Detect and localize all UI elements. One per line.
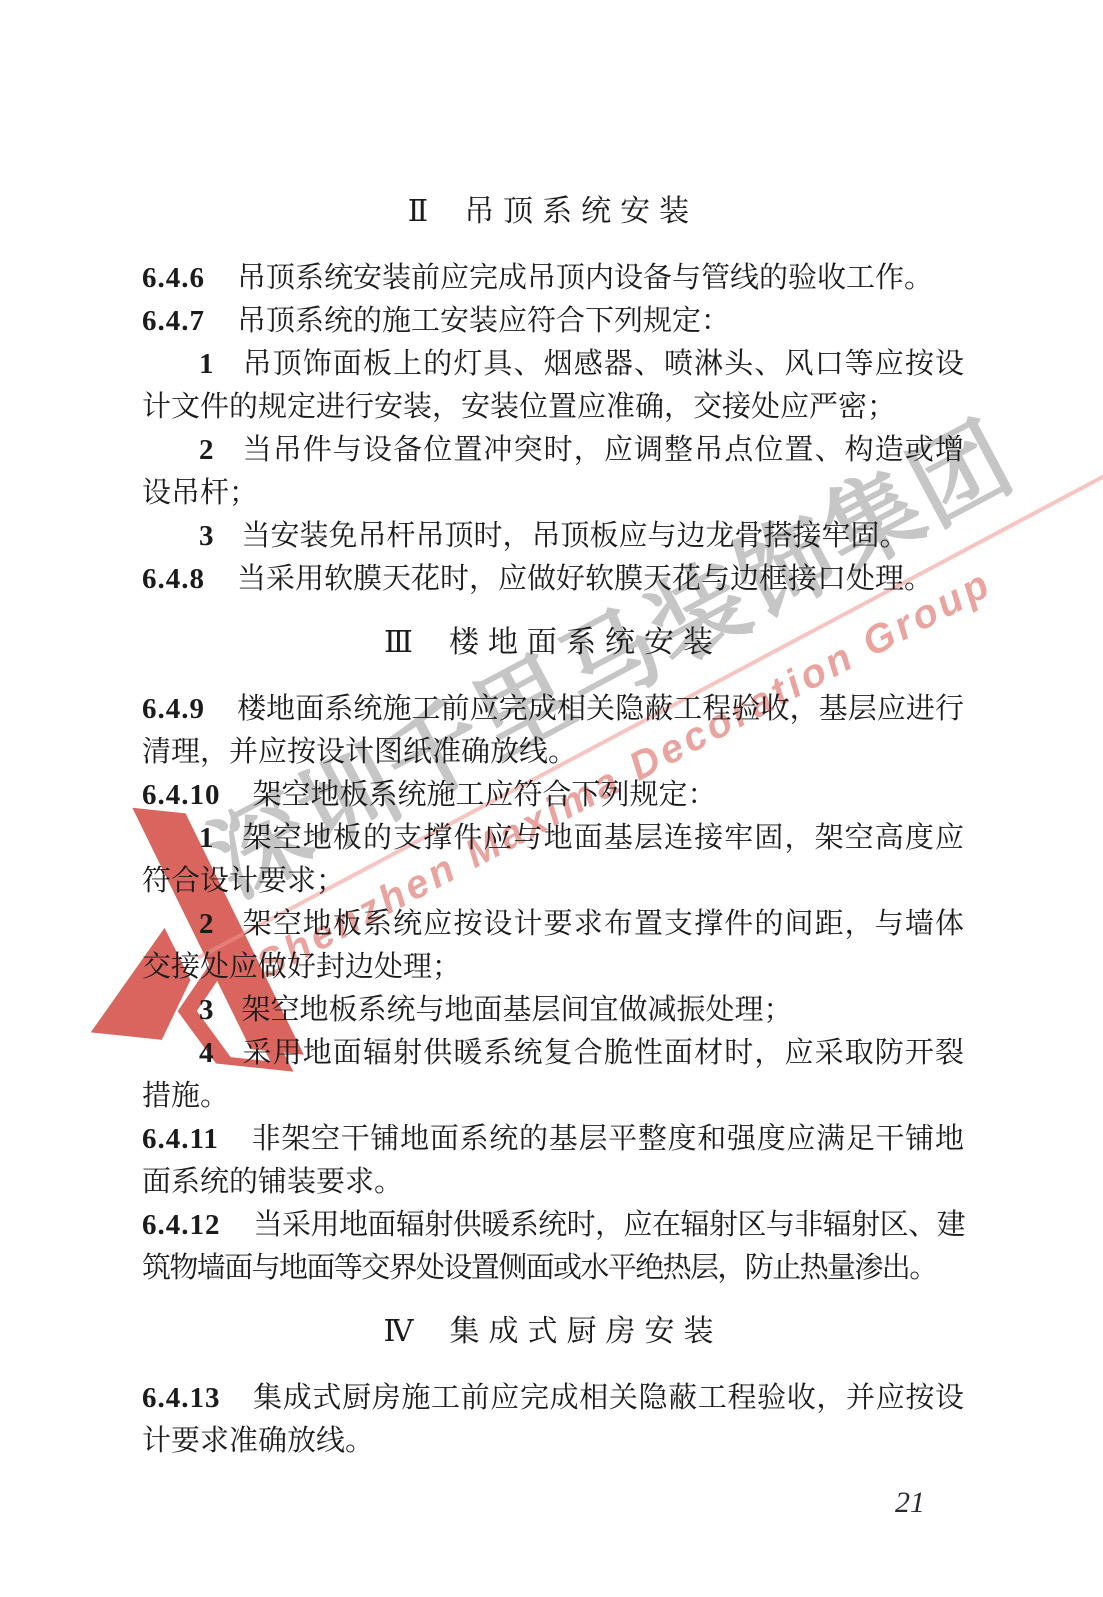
paragraph-text: 架空地板的支撑件应与地面基层连接牢固，架空高度应符合设计要求； xyxy=(142,822,964,897)
section-Ⅲ: Ⅲ楼地面系统安装6.4.9楼地面系统施工前应完成相关隐蔽工程验收，基层应进行清理… xyxy=(142,621,964,1290)
section-numeral: Ⅳ xyxy=(384,1315,414,1348)
paragraph-text: 当采用软膜天花时，应做好软膜天花与边框接口处理。 xyxy=(237,563,933,595)
section-title: 集成式厨房安装 xyxy=(449,1315,722,1348)
section-heading: Ⅱ吊顶系统安装 xyxy=(142,190,964,233)
paragraph-number: 6.4.13 xyxy=(142,1382,221,1414)
paragraph-number: 2 xyxy=(199,434,214,466)
section-heading: Ⅲ楼地面系统安装 xyxy=(142,621,964,664)
list-item-3: 3当安装免吊杆吊顶时，吊顶板应与边龙骨搭接牢固。 xyxy=(142,515,964,558)
paragraph-number: 2 xyxy=(199,908,214,940)
clause-6.4.7: 6.4.7吊顶系统的施工安装应符合下列规定： xyxy=(142,300,964,343)
paragraph-text: 采用地面辐射供暖系统复合脆性面材时，应采取防开裂措施。 xyxy=(142,1037,964,1112)
paragraph-number: 6.4.8 xyxy=(142,563,205,595)
list-item-3: 3架空地板系统与地面基层间宜做减振处理； xyxy=(142,989,964,1032)
paragraph-text: 非架空干铺地面系统的基层平整度和强度应满足干铺地面系统的铺装要求。 xyxy=(142,1123,964,1198)
paragraph-text: 当采用地面辐射供暖系统时，应在辐射区与非辐射区、建筑物墙面与地面等交界处设置侧面… xyxy=(142,1209,964,1284)
paragraph-number: 6.4.6 xyxy=(142,262,205,294)
section-title: 楼地面系统安装 xyxy=(449,626,722,659)
paragraph-text: 吊顶系统安装前应完成吊顶内设备与管线的验收工作。 xyxy=(237,262,933,294)
document-page: 深圳千里马装饰集团 Shenzhen Maxima Decoration Gro… xyxy=(0,0,1103,1597)
paragraph-number: 3 xyxy=(199,994,214,1026)
paragraph-text: 架空地板系统施工应符合下列规定： xyxy=(253,779,717,811)
section-Ⅱ: Ⅱ吊顶系统安装6.4.6吊顶系统安装前应完成吊顶内设备与管线的验收工作。6.4.… xyxy=(142,190,964,601)
paragraph-number: 4 xyxy=(199,1037,214,1069)
clause-6.4.13: 6.4.13集成式厨房施工前应完成相关隐蔽工程验收，并应按设计要求准确放线。 xyxy=(142,1377,964,1463)
paragraph-text: 集成式厨房施工前应完成相关隐蔽工程验收，并应按设计要求准确放线。 xyxy=(142,1382,964,1457)
paragraph-number: 1 xyxy=(199,348,214,380)
list-item-1: 1架空地板的支撑件应与地面基层连接牢固，架空高度应符合设计要求； xyxy=(142,817,964,903)
section-title: 吊顶系统安装 xyxy=(464,195,698,228)
clause-6.4.6: 6.4.6吊顶系统安装前应完成吊顶内设备与管线的验收工作。 xyxy=(142,257,964,300)
paragraph-text: 架空地板系统与地面基层间宜做减振处理； xyxy=(242,994,793,1026)
paragraph-number: 1 xyxy=(199,822,214,854)
paragraph-text: 当吊件与设备位置冲突时，应调整吊点位置、构造或增设吊杆； xyxy=(142,434,964,509)
clause-6.4.12: 6.4.12当采用地面辐射供暖系统时，应在辐射区与非辐射区、建筑物墙面与地面等交… xyxy=(142,1204,964,1290)
clause-6.4.10: 6.4.10架空地板系统施工应符合下列规定： xyxy=(142,774,964,817)
list-item-2: 2架空地板系统应按设计要求布置支撑件的间距，与墙体交接处应做好封边处理； xyxy=(142,903,964,989)
paragraph-text: 吊顶系统的施工安装应符合下列规定： xyxy=(237,305,730,337)
list-item-4: 4采用地面辐射供暖系统复合脆性面材时，应采取防开裂措施。 xyxy=(142,1032,964,1118)
paragraph-text: 当安装免吊杆吊顶时，吊顶板应与边龙骨搭接牢固。 xyxy=(242,520,909,552)
paragraph-text: 吊顶饰面板上的灯具、烟感器、喷淋头、风口等应按设计文件的规定进行安装，安装位置应… xyxy=(142,348,964,423)
paragraph-number: 6.4.7 xyxy=(142,305,205,337)
paragraph-text: 楼地面系统施工前应完成相关隐蔽工程验收，基层应进行清理，并应按设计图纸准确放线。 xyxy=(142,693,964,768)
clause-6.4.8: 6.4.8当采用软膜天花时，应做好软膜天花与边框接口处理。 xyxy=(142,558,964,601)
paragraph-number: 6.4.11 xyxy=(142,1123,219,1155)
paragraph-number: 6.4.12 xyxy=(142,1209,221,1241)
paragraph-number: 3 xyxy=(199,520,214,552)
section-heading: Ⅳ集成式厨房安装 xyxy=(142,1310,964,1353)
clause-6.4.9: 6.4.9楼地面系统施工前应完成相关隐蔽工程验收，基层应进行清理，并应按设计图纸… xyxy=(142,688,964,774)
paragraph-number: 6.4.10 xyxy=(142,779,221,811)
section-numeral: Ⅲ xyxy=(384,626,413,659)
paragraph-number: 6.4.9 xyxy=(142,693,205,725)
section-Ⅳ: Ⅳ集成式厨房安装6.4.13集成式厨房施工前应完成相关隐蔽工程验收，并应按设计要… xyxy=(142,1310,964,1463)
section-numeral: Ⅱ xyxy=(408,195,428,228)
page-number: 21 xyxy=(895,1486,925,1520)
list-item-1: 1吊顶饰面板上的灯具、烟感器、喷淋头、风口等应按设计文件的规定进行安装，安装位置… xyxy=(142,343,964,429)
document-content: Ⅱ吊顶系统安装6.4.6吊顶系统安装前应完成吊顶内设备与管线的验收工作。6.4.… xyxy=(0,0,1103,1463)
clause-6.4.11: 6.4.11非架空干铺地面系统的基层平整度和强度应满足干铺地面系统的铺装要求。 xyxy=(142,1118,964,1204)
list-item-2: 2当吊件与设备位置冲突时，应调整吊点位置、构造或增设吊杆； xyxy=(142,429,964,515)
paragraph-text: 架空地板系统应按设计要求布置支撑件的间距，与墙体交接处应做好封边处理； xyxy=(142,908,964,983)
